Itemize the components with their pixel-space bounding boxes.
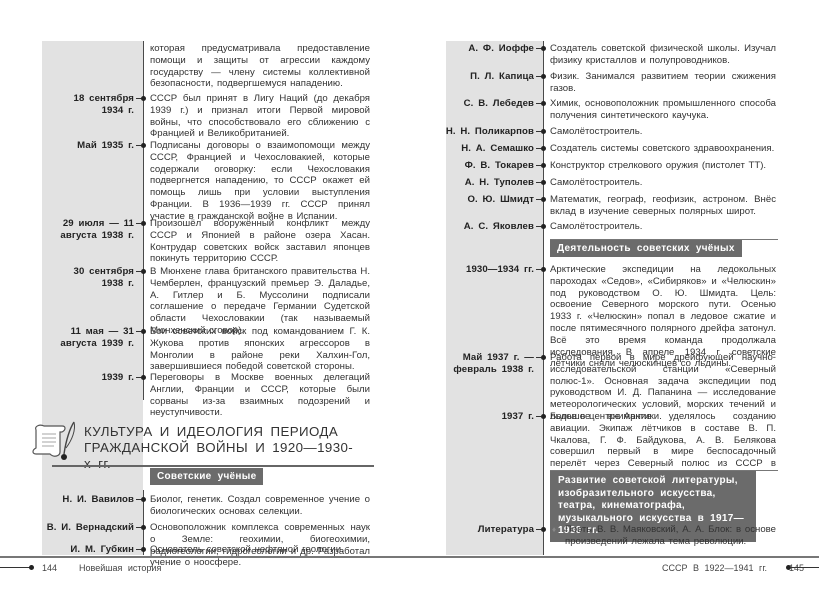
timeline-dot	[541, 74, 546, 79]
timeline-dot	[541, 267, 546, 272]
footer-divider	[410, 556, 819, 558]
scientist-name: О. Ю. Шмидт	[440, 194, 534, 206]
activity-date: Май 1937 г. — февраль 1938 г.	[440, 352, 534, 376]
entry-text: СССР был принят в Лигу Наций (до декабря…	[150, 93, 370, 140]
timeline-dot	[541, 180, 546, 185]
entry-date: 30 сентября 1938 г.	[60, 266, 134, 290]
scientist-name: И. М. Губкин	[40, 544, 134, 556]
timeline-dot	[541, 129, 546, 134]
scientist-text: Самолётостроитель.	[550, 126, 776, 138]
scientist-name: В. И. Вернадский	[40, 522, 134, 534]
timeline-dot	[541, 101, 546, 106]
left-timeline-line	[143, 41, 144, 142]
scroll-quill-icon	[32, 420, 80, 462]
scientist-text: Основатель советской нефтяной геологии.	[150, 544, 370, 556]
entry-text: Подписаны договоры о взаимопомощи между …	[150, 140, 370, 223]
timeline-dot	[141, 143, 146, 148]
scientist-name: П. Л. Капица	[440, 71, 534, 83]
scientist-name: Н. И. Вавилов	[40, 494, 134, 506]
left-date-column	[42, 41, 143, 555]
left-page: которая предусматривала предоставление п…	[0, 0, 410, 601]
scientist-text: Химик, основоположник промышленного спос…	[550, 98, 776, 122]
footer-dot	[29, 565, 34, 570]
activity-date: 1930—1934 гг.	[440, 264, 534, 276]
book-title: Новейшая история	[79, 563, 161, 573]
scientist-text: Конструктор стрелкового оружия (пистолет…	[550, 160, 776, 172]
entry-date: 29 июля — 11 августа 1938 г.	[40, 218, 134, 242]
timeline-dot	[141, 525, 146, 530]
right-page: А. Ф. Иоффе Создатель советской физическ…	[410, 0, 819, 601]
left-footer: 144 Новейшая история	[42, 563, 161, 573]
entry-date: 11 мая — 31 августа 1939 г.	[40, 326, 134, 350]
activity-tag: Деятельность советских учёных	[550, 240, 742, 257]
activity-date: 1937 г.	[440, 411, 534, 423]
scientist-text: Математик, географ, геофизик, астроном. …	[550, 194, 776, 218]
timeline-dot	[541, 163, 546, 168]
scientist-text: Биолог, генетик. Создал современное учен…	[150, 494, 370, 518]
entry-date: Май 1935 г.	[50, 140, 134, 152]
timeline-dot	[541, 355, 546, 360]
chapter-title: СССР В 1922—1941 гг.	[662, 563, 767, 573]
page-number: 145	[789, 563, 804, 573]
scientist-name: А. Н. Туполев	[440, 177, 534, 189]
section-header: КУЛЬТУРА И ИДЕОЛОГИЯ ПЕРИОДА ГРАЖДАНСКОЙ…	[0, 418, 360, 466]
timeline-dot	[541, 146, 546, 151]
diamond-bullet-icon: ♦	[552, 524, 556, 536]
page-number: 144	[42, 563, 57, 573]
timeline-dot	[141, 221, 146, 226]
subsection-tag: Советские учёные	[150, 468, 263, 485]
scientist-text: Физик. Занимался развитием теории сжижен…	[550, 71, 776, 95]
scientist-name: Н. Н. Поликарпов	[430, 126, 534, 138]
arts-text: Поэты В. В. Маяковский, А. А. Блок: в ос…	[565, 524, 776, 548]
timeline-dot	[141, 547, 146, 552]
entry-text: которая предусматривала предоставление п…	[150, 43, 370, 90]
entry-date: 18 сентября 1934 г.	[60, 93, 134, 117]
scientist-text: Самолётостроитель.	[550, 177, 776, 189]
scientist-name: А. С. Яковлев	[440, 221, 534, 233]
entry-text: Бои советских войск под командованием Г.…	[150, 326, 370, 373]
scientist-name: Ф. В. Токарев	[440, 160, 534, 172]
scientist-name: С. В. Лебедев	[440, 98, 534, 110]
arts-category: Литература	[440, 524, 534, 536]
timeline-dot	[141, 96, 146, 101]
timeline-dot	[141, 329, 146, 334]
scientist-text: Создатель советской физической школы. Из…	[550, 43, 776, 67]
timeline-dot	[541, 527, 546, 532]
entry-text: Произошёл вооружённый конфликт между ССС…	[150, 218, 370, 265]
timeline-dot	[541, 414, 546, 419]
timeline-dot	[541, 224, 546, 229]
scientist-text: Создатель системы советского здравоохран…	[550, 143, 776, 155]
entry-text: Переговоры в Москве военных делегаций Ан…	[150, 372, 370, 419]
footer-divider	[0, 556, 410, 558]
right-timeline-line	[543, 41, 544, 555]
scientist-name: А. Ф. Иоффе	[440, 43, 534, 55]
right-date-column	[446, 41, 543, 555]
section-divider	[52, 465, 374, 467]
footer-rule	[0, 567, 30, 568]
scientist-name: Н. А. Семашко	[440, 143, 534, 155]
timeline-dot	[541, 46, 546, 51]
right-footer: СССР В 1922—1941 гг. 145	[662, 563, 804, 573]
footer-rule	[790, 567, 819, 568]
timeline-dot	[141, 375, 146, 380]
entry-date: 1939 г.	[60, 372, 134, 384]
timeline-dot	[141, 269, 146, 274]
timeline-dot	[541, 197, 546, 202]
scientist-text: Самолётостроитель.	[550, 221, 776, 233]
timeline-dot	[141, 497, 146, 502]
